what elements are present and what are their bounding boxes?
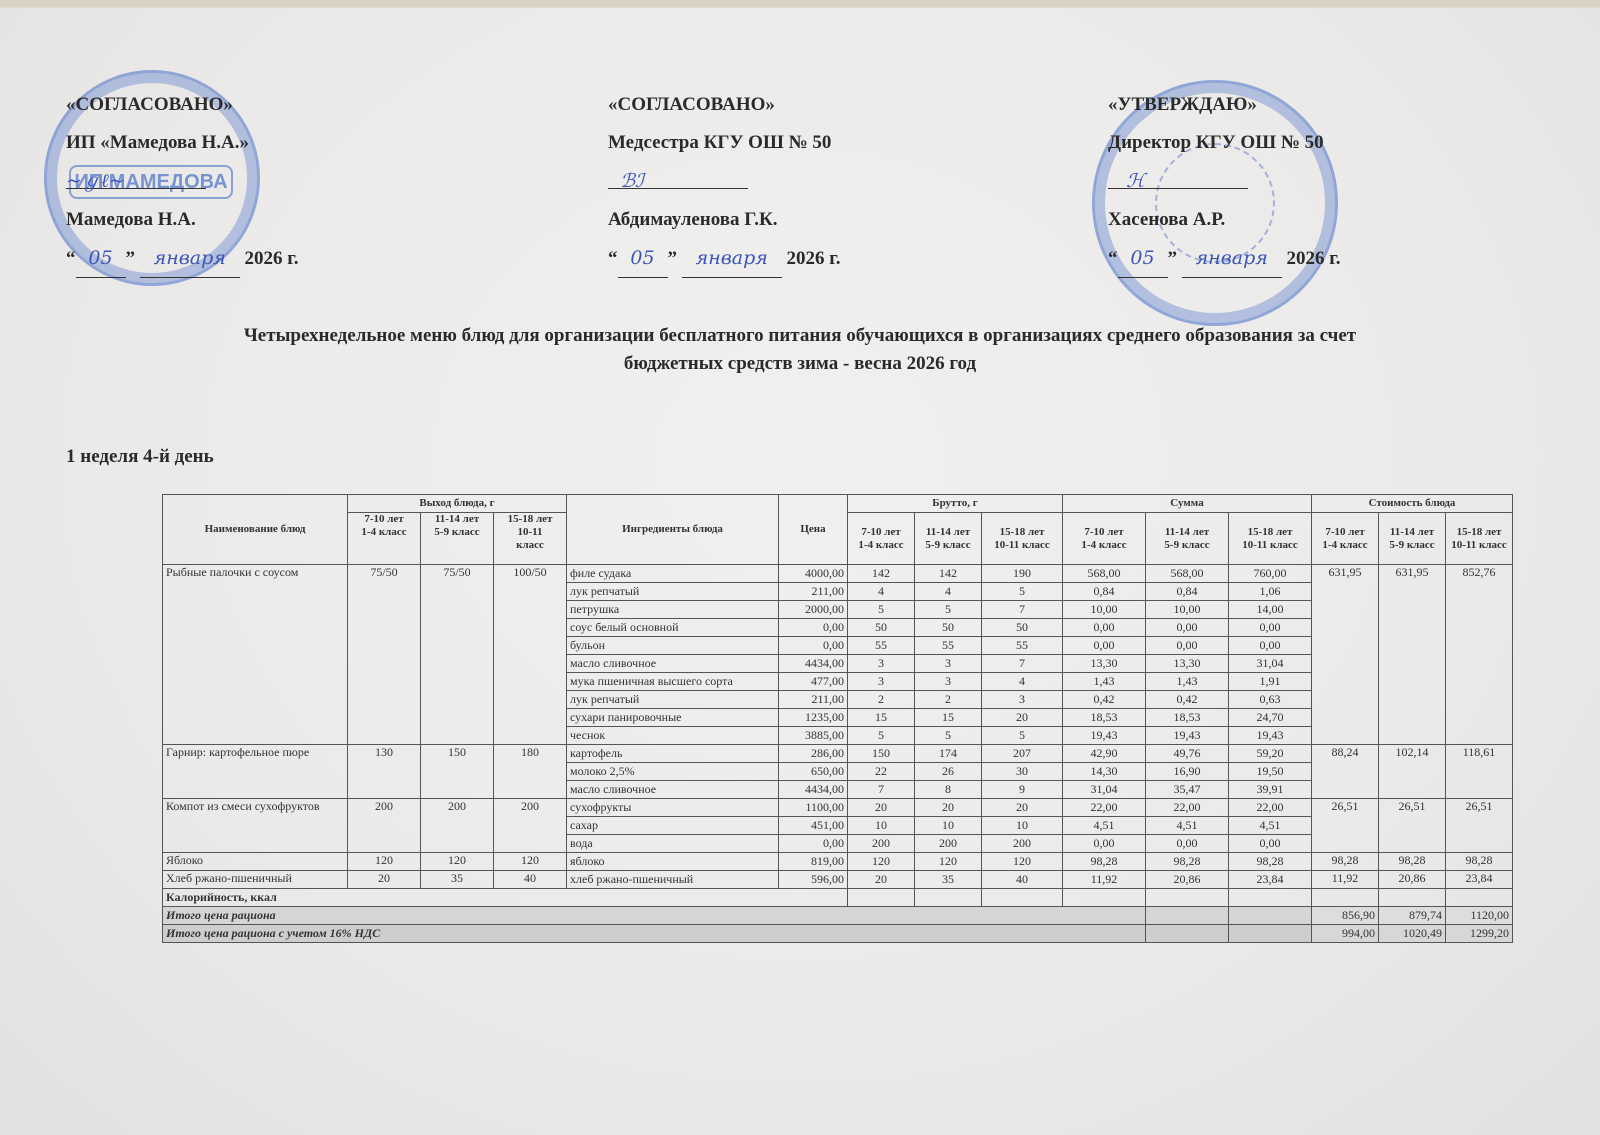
day-label: 1 неделя 4-й день: [66, 446, 214, 468]
ingredient-sum: 0,42: [1063, 691, 1146, 709]
ingredient-sum: 0,00: [1063, 637, 1146, 655]
ingredient-brutto: 2: [848, 691, 915, 709]
ingredient-brutto: 50: [982, 619, 1063, 637]
ingredient-price: 819,00: [779, 853, 848, 871]
dish-output: 75/50: [348, 565, 421, 745]
ingredient-brutto: 120: [982, 853, 1063, 871]
approval-org: Директор КГУ ОШ № 50: [1108, 124, 1341, 162]
col-brutto-group: Брутто, г: [848, 495, 1063, 513]
total-vat-age-2: 1020,49: [1379, 925, 1446, 943]
ingredient-brutto: 5: [982, 727, 1063, 745]
ingredient-name: хлеб ржано-пшеничный: [567, 871, 779, 889]
dish-output: 150: [421, 745, 494, 799]
dish-output: 40: [494, 871, 567, 889]
ingredient-sum: 0,00: [1146, 637, 1229, 655]
ingredient-name: картофель: [567, 745, 779, 763]
ingredient-brutto: 3: [915, 673, 982, 691]
ingredient-brutto: 40: [982, 871, 1063, 889]
ingredient-sum: 1,43: [1146, 673, 1229, 691]
dish-output: 130: [348, 745, 421, 799]
table-row: Компот из смеси сухофруктов200200200сухо…: [163, 799, 1513, 817]
ingredient-sum: 0,84: [1146, 583, 1229, 601]
approval-heading: «СОГЛАСОВАНО»: [608, 86, 841, 124]
ingredient-price: 286,00: [779, 745, 848, 763]
ingredient-sum: 0,63: [1229, 691, 1312, 709]
signature-icon: ~ℊℓ~: [66, 170, 125, 192]
ingredient-sum: 42,90: [1063, 745, 1146, 763]
ingredient-brutto: 3: [848, 673, 915, 691]
ingredient-brutto: 4: [915, 583, 982, 601]
col-cost-group: Стоимость блюда: [1312, 495, 1513, 513]
ingredient-sum: 13,30: [1063, 655, 1146, 673]
ingredient-price: 596,00: [779, 871, 848, 889]
ingredient-sum: 0,00: [1146, 619, 1229, 637]
title-line-1: Четырехнедельное меню блюд для организац…: [100, 322, 1500, 350]
dish-output: 200: [421, 799, 494, 853]
ingredient-brutto: 120: [915, 853, 982, 871]
date-month: января: [682, 239, 782, 278]
ingredient-brutto: 3: [915, 655, 982, 673]
menu-table: Наименование блюд Выход блюда, г Ингреди…: [162, 494, 1513, 943]
ingredient-sum: 39,91: [1229, 781, 1312, 799]
ingredient-brutto: 20: [982, 799, 1063, 817]
ingredient-brutto: 142: [915, 565, 982, 583]
ingredient-sum: 1,06: [1229, 583, 1312, 601]
dish-cost: 26,51: [1446, 799, 1513, 853]
ingredient-name: сахар: [567, 817, 779, 835]
document-title: Четырехнедельное меню блюд для организац…: [100, 322, 1500, 378]
ingredient-price: 211,00: [779, 691, 848, 709]
ingredient-price: 211,00: [779, 583, 848, 601]
ingredient-brutto: 142: [848, 565, 915, 583]
dish-cost: 26,51: [1379, 799, 1446, 853]
col-dish-name: Наименование блюд: [163, 495, 348, 565]
ingredient-name: бульон: [567, 637, 779, 655]
ingredient-sum: 19,50: [1229, 763, 1312, 781]
table-row: Гарнир: картофельное пюре130150180картоф…: [163, 745, 1513, 763]
date-month: января: [1182, 239, 1282, 278]
ingredient-sum: 20,86: [1146, 871, 1229, 889]
approval-name: Абдимауленова Г.К.: [608, 201, 841, 239]
ingredient-sum: 18,53: [1146, 709, 1229, 727]
dish-name: Гарнир: картофельное пюре: [163, 745, 348, 799]
signature-line: ~ℊℓ~: [66, 162, 206, 189]
approval-name: Хасенова А.Р.: [1108, 201, 1341, 239]
ingredient-sum: 760,00: [1229, 565, 1312, 583]
ingredient-price: 4434,00: [779, 781, 848, 799]
ingredient-brutto: 5: [982, 583, 1063, 601]
ingredient-brutto: 20: [848, 799, 915, 817]
dish-output: 200: [494, 799, 567, 853]
col-sum-age-1: 7-10 лет1-4 класс: [1063, 513, 1146, 565]
ingredient-brutto: 5: [915, 727, 982, 745]
dish-cost: 20,86: [1379, 871, 1446, 889]
dish-name: Яблоко: [163, 853, 348, 871]
ingredient-brutto: 2: [915, 691, 982, 709]
date-year: 2026 г.: [787, 248, 841, 269]
col-sum-age-2: 11-14 лет5-9 класс: [1146, 513, 1229, 565]
col-output-group: Выход блюда, г: [348, 495, 567, 513]
ingredient-name: чеснок: [567, 727, 779, 745]
ingredient-brutto: 200: [982, 835, 1063, 853]
date-day: 05: [618, 239, 668, 278]
ingredient-brutto: 30: [982, 763, 1063, 781]
ingredient-brutto: 10: [982, 817, 1063, 835]
dish-output: 120: [348, 853, 421, 871]
dish-cost: 23,84: [1446, 871, 1513, 889]
ingredient-name: сухари панировочные: [567, 709, 779, 727]
dish-output: 20: [348, 871, 421, 889]
total-label: Итого цена рациона: [163, 907, 1146, 925]
ingredient-price: 477,00: [779, 673, 848, 691]
ingredient-brutto: 200: [915, 835, 982, 853]
ingredient-sum: 13,30: [1146, 655, 1229, 673]
dish-name: Хлеб ржано-пшеничный: [163, 871, 348, 889]
ingredient-brutto: 20: [915, 799, 982, 817]
ingredient-sum: 1,91: [1229, 673, 1312, 691]
kcal-row: Калорийность, ккал: [163, 889, 1513, 907]
table-row: Хлеб ржано-пшеничный203540хлеб ржано-пше…: [163, 871, 1513, 889]
kcal-label: Калорийность, ккал: [163, 889, 848, 907]
ingredient-sum: 49,76: [1146, 745, 1229, 763]
ingredient-sum: 14,30: [1063, 763, 1146, 781]
ingredient-sum: 23,84: [1229, 871, 1312, 889]
ingredient-price: 3885,00: [779, 727, 848, 745]
ingredient-name: вода: [567, 835, 779, 853]
ingredient-price: 0,00: [779, 619, 848, 637]
ingredient-price: 0,00: [779, 835, 848, 853]
ingredient-sum: 0,00: [1229, 835, 1312, 853]
ingredient-name: лук репчатый: [567, 583, 779, 601]
ingredient-brutto: 3: [848, 655, 915, 673]
ingredient-sum: 0,42: [1146, 691, 1229, 709]
col-ingredients: Ингредиенты блюда: [567, 495, 779, 565]
ingredient-brutto: 207: [982, 745, 1063, 763]
col-price: Цена: [779, 495, 848, 565]
ingredient-brutto: 7: [982, 601, 1063, 619]
ingredient-sum: 4,51: [1229, 817, 1312, 835]
ingredient-brutto: 55: [848, 637, 915, 655]
ingredient-name: филе судака: [567, 565, 779, 583]
ingredient-brutto: 4: [848, 583, 915, 601]
ingredient-brutto: 7: [848, 781, 915, 799]
ingredient-name: соус белый основной: [567, 619, 779, 637]
approval-block-supplier: «СОГЛАСОВАНО» ИП «Мамедова Н.А.» ~ℊℓ~ Ма…: [66, 86, 299, 278]
dish-cost: 102,14: [1379, 745, 1446, 799]
col-age-3: 15-18 лет10-11класс: [494, 513, 567, 565]
dish-output: 120: [421, 853, 494, 871]
approval-block-nurse: «СОГЛАСОВАНО» Медсестра КГУ ОШ № 50 ℬℐ А…: [608, 86, 841, 278]
ingredient-brutto: 22: [848, 763, 915, 781]
ingredient-brutto: 10: [915, 817, 982, 835]
ingredient-sum: 22,00: [1063, 799, 1146, 817]
ingredient-sum: 14,00: [1229, 601, 1312, 619]
ingredient-brutto: 15: [915, 709, 982, 727]
ingredient-name: масло сливочное: [567, 655, 779, 673]
total-vat-label: Итого цена рациона с учетом 16% НДС: [163, 925, 1146, 943]
ingredient-brutto: 15: [848, 709, 915, 727]
signature-icon: ℋ: [1108, 170, 1145, 192]
approval-org: ИП «Мамедова Н.А.»: [66, 124, 299, 162]
approval-heading: «УТВЕРЖДАЮ»: [1108, 86, 1341, 124]
ingredient-sum: 35,47: [1146, 781, 1229, 799]
ingredient-name: яблоко: [567, 853, 779, 871]
ingredient-sum: 98,28: [1063, 853, 1146, 871]
ingredient-sum: 4,51: [1146, 817, 1229, 835]
col-cost-age-2: 11-14 лет5-9 класс: [1379, 513, 1446, 565]
date-year: 2026 г.: [1287, 248, 1341, 269]
ingredient-brutto: 8: [915, 781, 982, 799]
ingredient-sum: 0,00: [1063, 835, 1146, 853]
ingredient-brutto: 174: [915, 745, 982, 763]
ingredient-name: петрушка: [567, 601, 779, 619]
approval-org: Медсестра КГУ ОШ № 50: [608, 124, 841, 162]
ingredient-price: 1235,00: [779, 709, 848, 727]
ingredient-brutto: 3: [982, 691, 1063, 709]
ingredient-sum: 4,51: [1063, 817, 1146, 835]
ingredient-sum: 0,00: [1229, 619, 1312, 637]
ingredient-sum: 16,90: [1146, 763, 1229, 781]
ingredient-brutto: 20: [848, 871, 915, 889]
total-vat-age-3: 1299,20: [1446, 925, 1513, 943]
ingredient-sum: 22,00: [1146, 799, 1229, 817]
col-sum-age-3: 15-18 лет10-11 класс: [1229, 513, 1312, 565]
ingredient-sum: 31,04: [1229, 655, 1312, 673]
ingredient-sum: 18,53: [1063, 709, 1146, 727]
ingredient-brutto: 55: [982, 637, 1063, 655]
table-row: Рыбные палочки с соусом75/5075/50100/50ф…: [163, 565, 1513, 583]
col-sum-group: Сумма: [1063, 495, 1312, 513]
approval-block-director: «УТВЕРЖДАЮ» Директор КГУ ОШ № 50 ℋ Хасен…: [1108, 86, 1341, 278]
ingredient-brutto: 9: [982, 781, 1063, 799]
ingredient-sum: 0,84: [1063, 583, 1146, 601]
dish-cost: 631,95: [1312, 565, 1379, 745]
ingredient-sum: 98,28: [1146, 853, 1229, 871]
dish-cost: 98,28: [1446, 853, 1513, 871]
ingredient-sum: 22,00: [1229, 799, 1312, 817]
dish-cost: 88,24: [1312, 745, 1379, 799]
dish-cost: 11,92: [1312, 871, 1379, 889]
ingredient-price: 650,00: [779, 763, 848, 781]
col-brutto-age-2: 11-14 лет5-9 класс: [915, 513, 982, 565]
col-age-1: 7-10 лет1-4 класс: [348, 513, 421, 565]
ingredient-name: мука пшеничная высшего сорта: [567, 673, 779, 691]
ingredient-price: 2000,00: [779, 601, 848, 619]
total-vat-row: Итого цена рациона с учетом 16% НДС 994,…: [163, 925, 1513, 943]
dish-cost: 852,76: [1446, 565, 1513, 745]
ingredient-name: молоко 2,5%: [567, 763, 779, 781]
dish-cost: 631,95: [1379, 565, 1446, 745]
total-age-3: 1120,00: [1446, 907, 1513, 925]
table-row: Яблоко120120120яблоко819,0012012012098,2…: [163, 853, 1513, 871]
col-brutto-age-1: 7-10 лет1-4 класс: [848, 513, 915, 565]
dish-output: 200: [348, 799, 421, 853]
ingredient-brutto: 50: [848, 619, 915, 637]
dish-output: 180: [494, 745, 567, 799]
date-month: января: [140, 239, 240, 278]
total-row: Итого цена рациона 856,90 879,74 1120,00: [163, 907, 1513, 925]
ingredient-sum: 19,43: [1229, 727, 1312, 745]
ingredient-sum: 98,28: [1229, 853, 1312, 871]
dish-output: 35: [421, 871, 494, 889]
col-cost-age-3: 15-18 лет10-11 класс: [1446, 513, 1513, 565]
ingredient-brutto: 190: [982, 565, 1063, 583]
ingredient-brutto: 20: [982, 709, 1063, 727]
date-day: 05: [76, 239, 126, 278]
dish-cost: 98,28: [1312, 853, 1379, 871]
ingredient-sum: 31,04: [1063, 781, 1146, 799]
ingredient-sum: 0,00: [1229, 637, 1312, 655]
ingredient-sum: 0,00: [1146, 835, 1229, 853]
ingredient-name: лук репчатый: [567, 691, 779, 709]
ingredient-brutto: 5: [848, 601, 915, 619]
dish-cost: 98,28: [1379, 853, 1446, 871]
ingredient-sum: 59,20: [1229, 745, 1312, 763]
col-cost-age-1: 7-10 лет1-4 класс: [1312, 513, 1379, 565]
signature-line: ℋ: [1108, 162, 1248, 189]
date-day: 05: [1118, 239, 1168, 278]
ingredient-sum: 11,92: [1063, 871, 1146, 889]
dish-cost: 26,51: [1312, 799, 1379, 853]
ingredient-brutto: 200: [848, 835, 915, 853]
ingredient-price: 451,00: [779, 817, 848, 835]
ingredient-sum: 19,43: [1146, 727, 1229, 745]
dish-output: 120: [494, 853, 567, 871]
ingredient-brutto: 55: [915, 637, 982, 655]
ingredient-sum: 24,70: [1229, 709, 1312, 727]
signature-line: ℬℐ: [608, 162, 748, 189]
ingredient-name: масло сливочное: [567, 781, 779, 799]
ingredient-sum: 19,43: [1063, 727, 1146, 745]
approval-heading: «СОГЛАСОВАНО»: [66, 86, 299, 124]
col-brutto-age-3: 15-18 лет10-11 класс: [982, 513, 1063, 565]
ingredient-brutto: 5: [848, 727, 915, 745]
ingredient-sum: 1,43: [1063, 673, 1146, 691]
menu-table-body: Рыбные палочки с соусом75/5075/50100/50ф…: [163, 565, 1513, 889]
ingredient-brutto: 50: [915, 619, 982, 637]
total-vat-age-1: 994,00: [1312, 925, 1379, 943]
ingredient-price: 4434,00: [779, 655, 848, 673]
ingredient-sum: 568,00: [1063, 565, 1146, 583]
ingredient-brutto: 35: [915, 871, 982, 889]
ingredient-brutto: 10: [848, 817, 915, 835]
ingredient-sum: 10,00: [1063, 601, 1146, 619]
title-line-2: бюджетных средств зима - весна 2026 год: [100, 350, 1500, 378]
ingredient-brutto: 5: [915, 601, 982, 619]
signature-icon: ℬℐ: [608, 170, 644, 192]
ingredient-brutto: 4: [982, 673, 1063, 691]
ingredient-price: 0,00: [779, 637, 848, 655]
dish-name: Компот из смеси сухофруктов: [163, 799, 348, 853]
ingredient-price: 1100,00: [779, 799, 848, 817]
col-age-2: 11-14 лет5-9 класс: [421, 513, 494, 565]
dish-name: Рыбные палочки с соусом: [163, 565, 348, 745]
ingredient-sum: 568,00: [1146, 565, 1229, 583]
ingredient-price: 4000,00: [779, 565, 848, 583]
approval-name: Мамедова Н.А.: [66, 201, 299, 239]
dish-output: 100/50: [494, 565, 567, 745]
total-age-2: 879,74: [1379, 907, 1446, 925]
document-sheet: ИП МАМЕДОВА «СОГЛАСОВАНО» ИП «Мамедова Н…: [0, 8, 1600, 1135]
date-year: 2026 г.: [245, 248, 299, 269]
dish-output: 75/50: [421, 565, 494, 745]
ingredient-brutto: 26: [915, 763, 982, 781]
ingredient-sum: 0,00: [1063, 619, 1146, 637]
total-age-1: 856,90: [1312, 907, 1379, 925]
ingredient-brutto: 120: [848, 853, 915, 871]
ingredient-brutto: 7: [982, 655, 1063, 673]
ingredient-name: сухофрукты: [567, 799, 779, 817]
dish-cost: 118,61: [1446, 745, 1513, 799]
ingredient-brutto: 150: [848, 745, 915, 763]
ingredient-sum: 10,00: [1146, 601, 1229, 619]
